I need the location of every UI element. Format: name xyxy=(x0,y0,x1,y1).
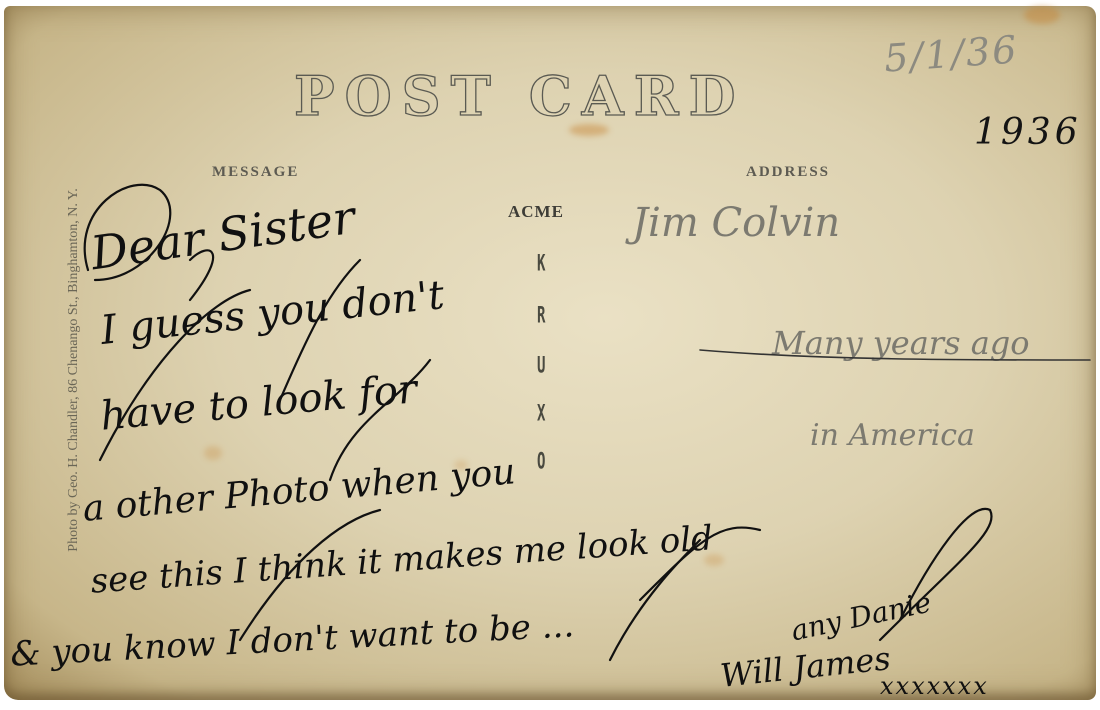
stamp-letter-k: K xyxy=(537,251,545,277)
stamp-letter-o: O xyxy=(537,449,545,475)
title-post: POST xyxy=(294,64,501,128)
address-label: ADDRESS xyxy=(746,164,830,181)
message-label: MESSAGE xyxy=(212,164,299,181)
stamp-letter-r: R xyxy=(537,303,545,329)
postcard-title: POSTCARD xyxy=(294,64,745,128)
stamp-box-brand: ACME xyxy=(508,202,564,222)
address-line-2: Many years ago xyxy=(772,324,1030,362)
rust-stain xyxy=(1024,6,1060,24)
stamp-letter-x: X xyxy=(537,401,545,427)
stamp-letter-u: U xyxy=(537,353,545,379)
title-card: CARD xyxy=(529,64,746,128)
photographer-imprint: Photo by Geo. H. Chandler, 86 Chenango S… xyxy=(66,50,82,690)
address-line-3: in America xyxy=(810,418,975,453)
rust-stain xyxy=(204,446,222,460)
ink-year: 1936 xyxy=(974,112,1082,153)
kisses: xxxxxxx xyxy=(880,672,989,700)
address-name: Jim Colvin xyxy=(632,200,840,246)
pencil-date: 5/1/36 xyxy=(883,27,1020,80)
